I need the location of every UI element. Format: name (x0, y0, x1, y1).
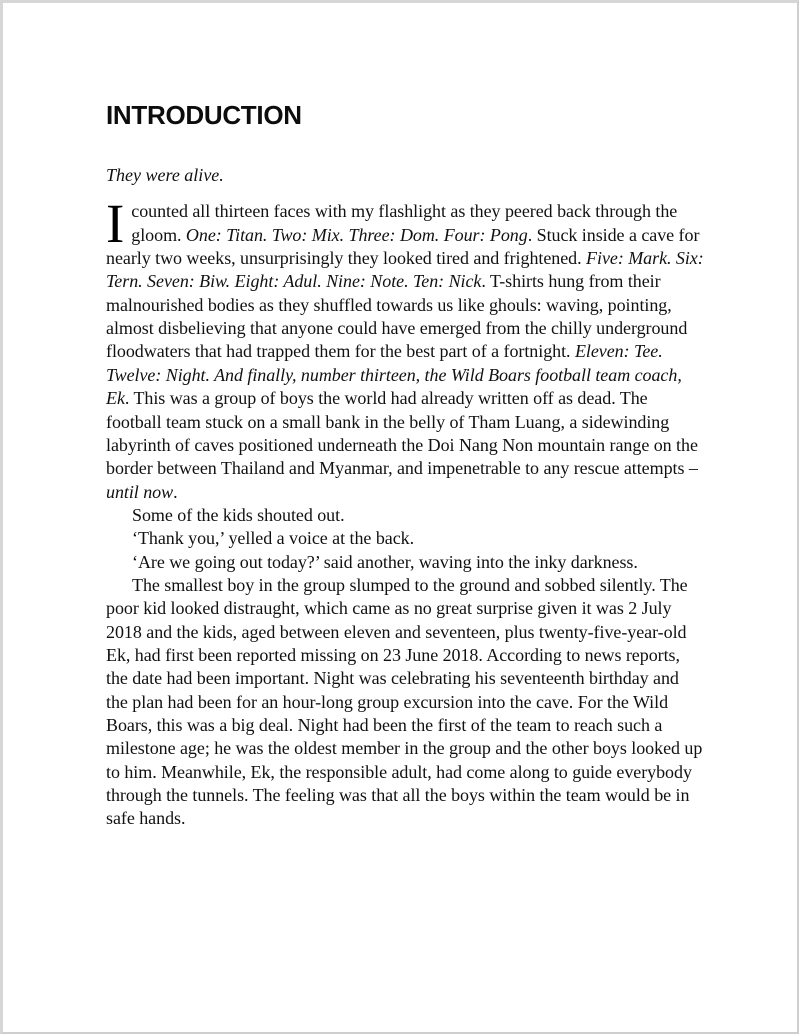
italic-names-segment: One: Titan. Two: Mix. Three: Dom. Four: … (186, 225, 528, 245)
document-page: INTRODUCTION They were alive. I counted … (0, 0, 799, 1034)
drop-cap: I (106, 203, 124, 245)
paragraph-dialogue: ‘Thank you,’ yelled a voice at the back. (106, 527, 704, 550)
italic-segment: until now (106, 482, 173, 502)
paragraph-dialogue: ‘Are we going out today?’ said another, … (106, 551, 704, 574)
epigraph: They were alive. (106, 164, 704, 187)
text-segment: . This was a group of boys the world had… (106, 388, 698, 478)
page-content: INTRODUCTION They were alive. I counted … (106, 99, 704, 831)
opening-paragraph: I counted all thirteen faces with my fla… (106, 200, 704, 503)
paragraph: The smallest boy in the group slumped to… (106, 574, 704, 831)
text-segment: . (173, 482, 177, 502)
paragraph: Some of the kids shouted out. (106, 504, 704, 527)
chapter-title: INTRODUCTION (106, 99, 704, 131)
